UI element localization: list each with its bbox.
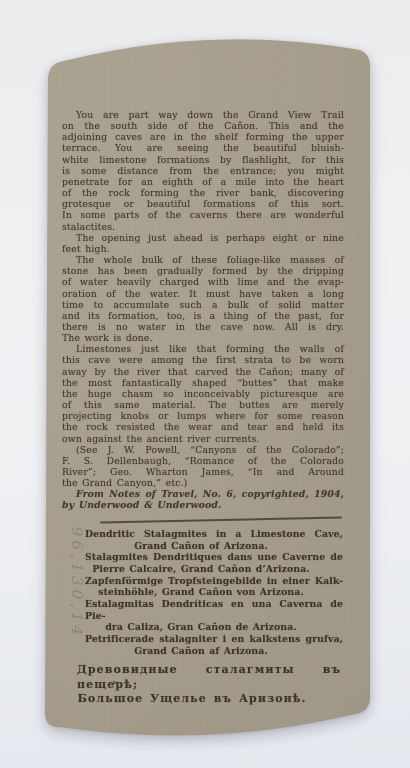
text-line: F. S. Dellenbaugh, “Romance of the Color… — [62, 456, 344, 467]
text-line: of water heavily charged with lime and t… — [62, 277, 344, 288]
text-line: stalactites. — [62, 222, 344, 233]
caption-swedish: Petrificerade stalagniter i en kalkstens… — [85, 634, 343, 657]
caption-line: Estalagmitas Dendríticas en una Caverna … — [85, 599, 343, 622]
text-line: terrace. You are seeing the beautiful bl… — [62, 143, 344, 154]
caption-line: steinhöhle, Grand Cañon von Arizona. — [85, 587, 343, 599]
text-line: of the rock forming the river bank, disc… — [62, 188, 344, 199]
caption-line: Petrificerade stalagniter i en kalkstens… — [85, 634, 343, 646]
caption-line: Zapfenförmige Tropfsteingebilde in einer… — [85, 576, 343, 588]
text-line: the most fantastically shaped “buttes” t… — [62, 378, 344, 389]
text-line: the rock resisted the wear and tear and … — [62, 422, 344, 433]
text-line: From Notes of Travel, No. 6, copyrighted… — [62, 489, 344, 500]
caption-line: Grand Cañon af Arizona. — [85, 646, 343, 658]
text-line: oration of the water. It must have taken… — [62, 289, 344, 300]
text-line: adjoining caves are in the shelf forming… — [62, 132, 344, 143]
text-line: Limestones just like that forming the wa… — [62, 344, 344, 355]
text-line: white limestone formations by flashlight… — [62, 155, 344, 166]
caption-russian: Древовидные сталагмиты въ пещерѣ; Большо… — [77, 663, 341, 707]
text-line: time to accumulate such a bulk of solid … — [62, 300, 344, 311]
caption-line: Древовидные сталагмиты въ пещерѣ; — [77, 663, 341, 692]
text-line: You are part way down the Grand View Tra… — [62, 110, 344, 121]
text-line: stone has been gradually formed by the d… — [62, 266, 344, 277]
caption-line: Dendritic Stalagmites in a Limestone Cav… — [85, 529, 343, 541]
paragraph: The whole bulk of these foliage-like mas… — [62, 255, 344, 344]
caption-spanish: Estalagmitas Dendríticas en una Caverna … — [85, 599, 343, 634]
caption-line: dra Caliza, Gran Cañon de Arizona. — [85, 622, 343, 634]
text-line: own against the ancient river currents. — [62, 434, 344, 445]
paragraph: (See J. W. Powell, “Canyons of the Color… — [62, 445, 344, 490]
text-line: is some distance from the entrance; you … — [62, 166, 344, 177]
caption-line: Большое Ущелье въ Аризонѣ. — [77, 692, 341, 707]
text-line: this cave were among the first strata to… — [62, 355, 344, 366]
text-line: projecting knobs or lumps where for some… — [62, 411, 344, 422]
text-line: of this same material. The buttes are me… — [62, 400, 344, 411]
text-line: on the south side of the Cañon. This and… — [62, 121, 344, 132]
text-line: the Grand Canyon,” etc.) — [62, 478, 344, 489]
text-line: and its formation, too, is a thing of th… — [62, 311, 344, 322]
paragraph: From Notes of Travel, No. 6, copyrighted… — [62, 489, 344, 511]
descriptive-text-block: You are part way down the Grand View Tra… — [62, 110, 344, 512]
card-surface: 96,130,14 You are part way down the Gran… — [40, 38, 374, 740]
photograph-background: 96,130,14 You are part way down the Gran… — [0, 0, 410, 768]
text-line: penetrate for an eighth of a mile into t… — [62, 177, 344, 188]
paragraph: You are part way down the Grand View Tra… — [62, 110, 344, 233]
text-line: feet high. — [62, 244, 344, 255]
multilingual-captions: Dendritic Stalagmites in a Limestone Cav… — [85, 529, 343, 707]
text-line: the huge chasm so inconceivably pictures… — [62, 389, 344, 400]
caption-line: Stalagmites Dendritiques dans une Cavern… — [85, 552, 343, 564]
text-line: River”; Geo. Wharton James, “In and Arou… — [62, 467, 344, 478]
caption-english: Dendritic Stalagmites in a Limestone Cav… — [85, 529, 343, 552]
text-line: The opening just ahead is perhaps eight … — [62, 233, 344, 244]
divider-rule — [100, 516, 342, 523]
text-line: there is no water in the cave now. All i… — [62, 322, 344, 333]
caption-french: Stalagmites Dendritiques dans une Cavern… — [85, 552, 343, 575]
text-line: In some parts of the caverns there are w… — [62, 210, 344, 221]
paragraph: The opening just ahead is perhaps eight … — [62, 233, 344, 255]
text-line: grotesque or beautiful formations of thi… — [62, 199, 344, 210]
caption-line: Grand Cañon of Arizona. — [85, 541, 343, 553]
text-line: The whole bulk of these foliage-like mas… — [62, 255, 344, 266]
caption-line: Pierre Calcaire, Grand Cañon d’Arizona. — [85, 564, 343, 576]
text-line: The work is done. — [62, 333, 344, 344]
text-line: away by the river that carved the Cañon;… — [62, 367, 344, 378]
paragraph: Limestones just like that forming the wa… — [62, 344, 344, 444]
text-line: (See J. W. Powell, “Canyons of the Color… — [62, 445, 344, 456]
stereocard-back: 96,130,14 You are part way down the Gran… — [40, 38, 374, 740]
caption-german: Zapfenförmige Tropfsteingebilde in einer… — [85, 576, 343, 599]
text-line: by Underwood & Underwood. — [62, 500, 344, 511]
ink-speck — [113, 681, 116, 684]
